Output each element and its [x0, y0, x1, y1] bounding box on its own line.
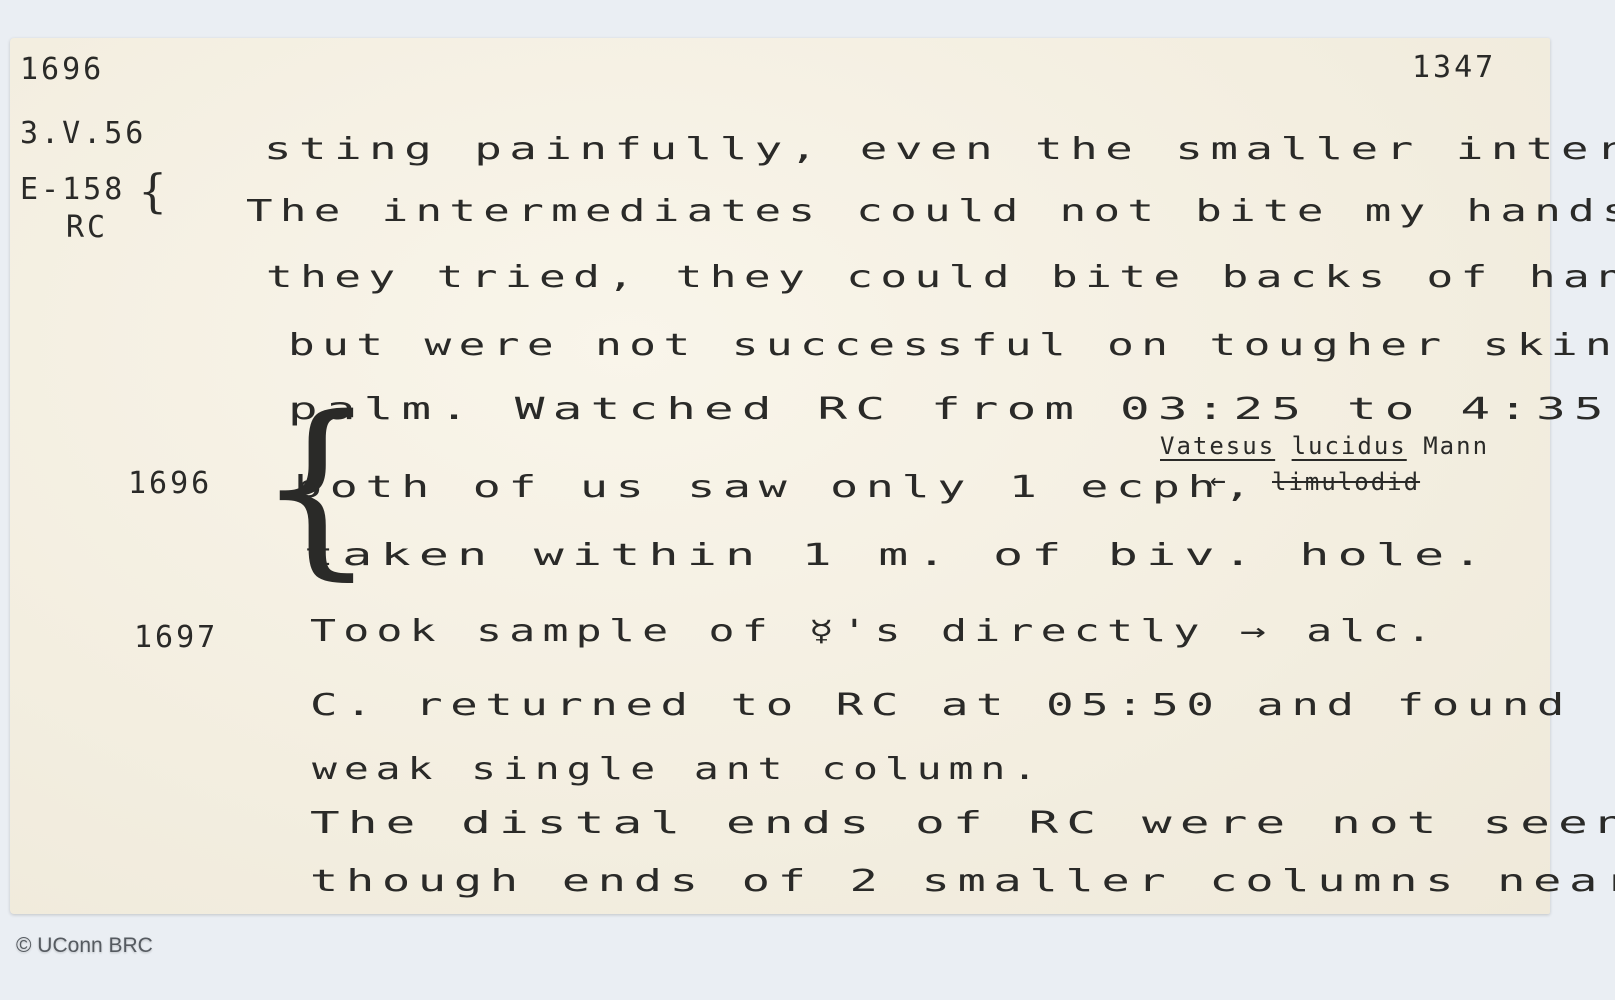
collection-code-sub: RC: [66, 210, 108, 245]
note-line-5: palm. Watched RC from 03:25 to 4:35: [288, 392, 1612, 427]
note-line-4: but were not successful on tougher skin …: [288, 328, 1615, 363]
note-line-6: both of us saw only 1 ecph,: [294, 470, 1259, 505]
field-note-card: 1696 1347 3.V.56 E-158 { RC sting painfu…: [10, 38, 1550, 914]
margin-number-1696: 1696: [128, 466, 212, 501]
note-line-8: Took sample of ☿'s directly → alc.: [310, 614, 1439, 649]
card-number-left: 1696: [20, 52, 104, 87]
date: 3.V.56: [20, 116, 146, 151]
note-line-12: though ends of 2 smaller columns near: [310, 864, 1615, 899]
note-line-3: they tried, they could bite backs of han…: [266, 260, 1615, 295]
card-number-right: 1347: [1412, 50, 1496, 85]
copyright-notice: © UConn BRC: [16, 934, 153, 958]
species-name: lucidus: [1292, 432, 1407, 460]
note-line-7: taken within 1 m. of biv. hole.: [304, 538, 1491, 573]
genus-name: Vatesus: [1160, 432, 1275, 460]
note-line-11: The distal ends of RC were not seen: [310, 806, 1615, 841]
note-line-2: The intermediates could not bite my hand…: [246, 194, 1615, 229]
species-annotation: Vatesus lucidus Mann: [1160, 432, 1489, 460]
note-line-9: C. returned to RC at 05:50 and found: [310, 688, 1572, 723]
author-name: Mann: [1423, 432, 1489, 460]
note-line-10: weak single ant column.: [312, 752, 1044, 787]
struck-word: limulodid: [1272, 468, 1420, 496]
collection-code: E-158: [20, 172, 125, 207]
brace-small: {: [138, 164, 167, 218]
margin-number-1697: 1697: [134, 620, 218, 655]
arrow-mark: ←: [1210, 466, 1231, 496]
note-line-1: sting painfully, even the smaller interm…: [264, 132, 1615, 167]
